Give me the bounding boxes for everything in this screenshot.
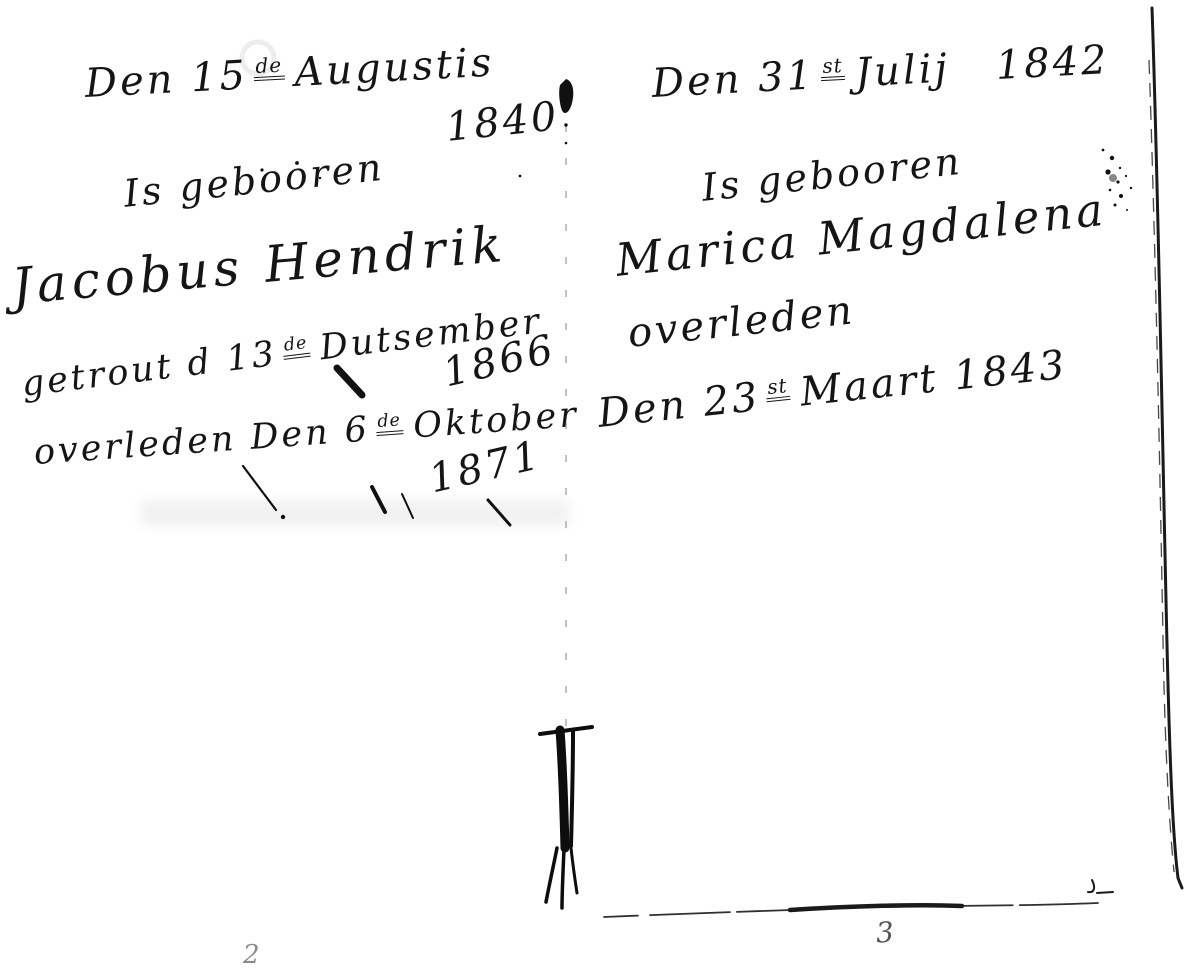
right-death-prefix: Den 23 — [596, 374, 763, 437]
left-marriage-ordinal: de — [281, 335, 311, 361]
left-birth-date-prefix: Den 15 — [84, 52, 249, 106]
ink-artifacts — [0, 0, 1200, 969]
page-edge-right — [1149, 8, 1182, 888]
right-birth-year: 1842 — [995, 37, 1111, 89]
left-birth-date-month: Augustis — [293, 40, 495, 96]
smudge-band — [140, 500, 570, 526]
right-birth-date-ordinal: st — [820, 55, 846, 81]
date-gap — [951, 79, 997, 81]
right-death-month: Maart — [798, 355, 941, 415]
left-birth-date-ordinal: de — [253, 55, 285, 82]
right-death-label: overleden — [626, 288, 857, 356]
left-birth-date-line: Den 15deAugustis — [84, 41, 495, 106]
right-page-number: 3 — [875, 915, 895, 949]
right-birth-date-month: Julij — [854, 45, 951, 96]
left-name-line: Jacobus Hendrik — [10, 217, 509, 315]
right-birth-date-line: Den 31stJulij1842 — [651, 38, 1111, 106]
gutter-ink-drip — [559, 79, 573, 144]
ink-spatter-right — [1102, 149, 1133, 211]
left-marriage-prefix: getrout d 13 — [20, 334, 280, 405]
right-death-line: Den 23stMaart 1843 — [596, 343, 1070, 436]
right-birth-date-prefix: Den 31 — [651, 52, 816, 106]
right-death-ordinal: st — [764, 375, 791, 402]
bottom-crease-line — [604, 880, 1113, 917]
right-born-label: Is gebooren — [700, 141, 965, 210]
binding-fork-mark — [540, 727, 592, 908]
left-born-label: Is gebooren — [122, 147, 387, 216]
right-name-line: Marica Magdalena — [613, 185, 1109, 286]
right-death-year: 1843 — [952, 342, 1070, 400]
register-scan: Den 15deAugustis 1840 Is gebooren Jacobu… — [0, 0, 1200, 969]
left-death-month: Oktober — [412, 395, 580, 446]
left-death-ordinal: de — [375, 412, 404, 436]
left-birth-year: 1840 — [444, 94, 562, 150]
left-death-prefix: overleden Den 6 — [33, 410, 372, 473]
left-page-number: 2 — [243, 940, 260, 969]
